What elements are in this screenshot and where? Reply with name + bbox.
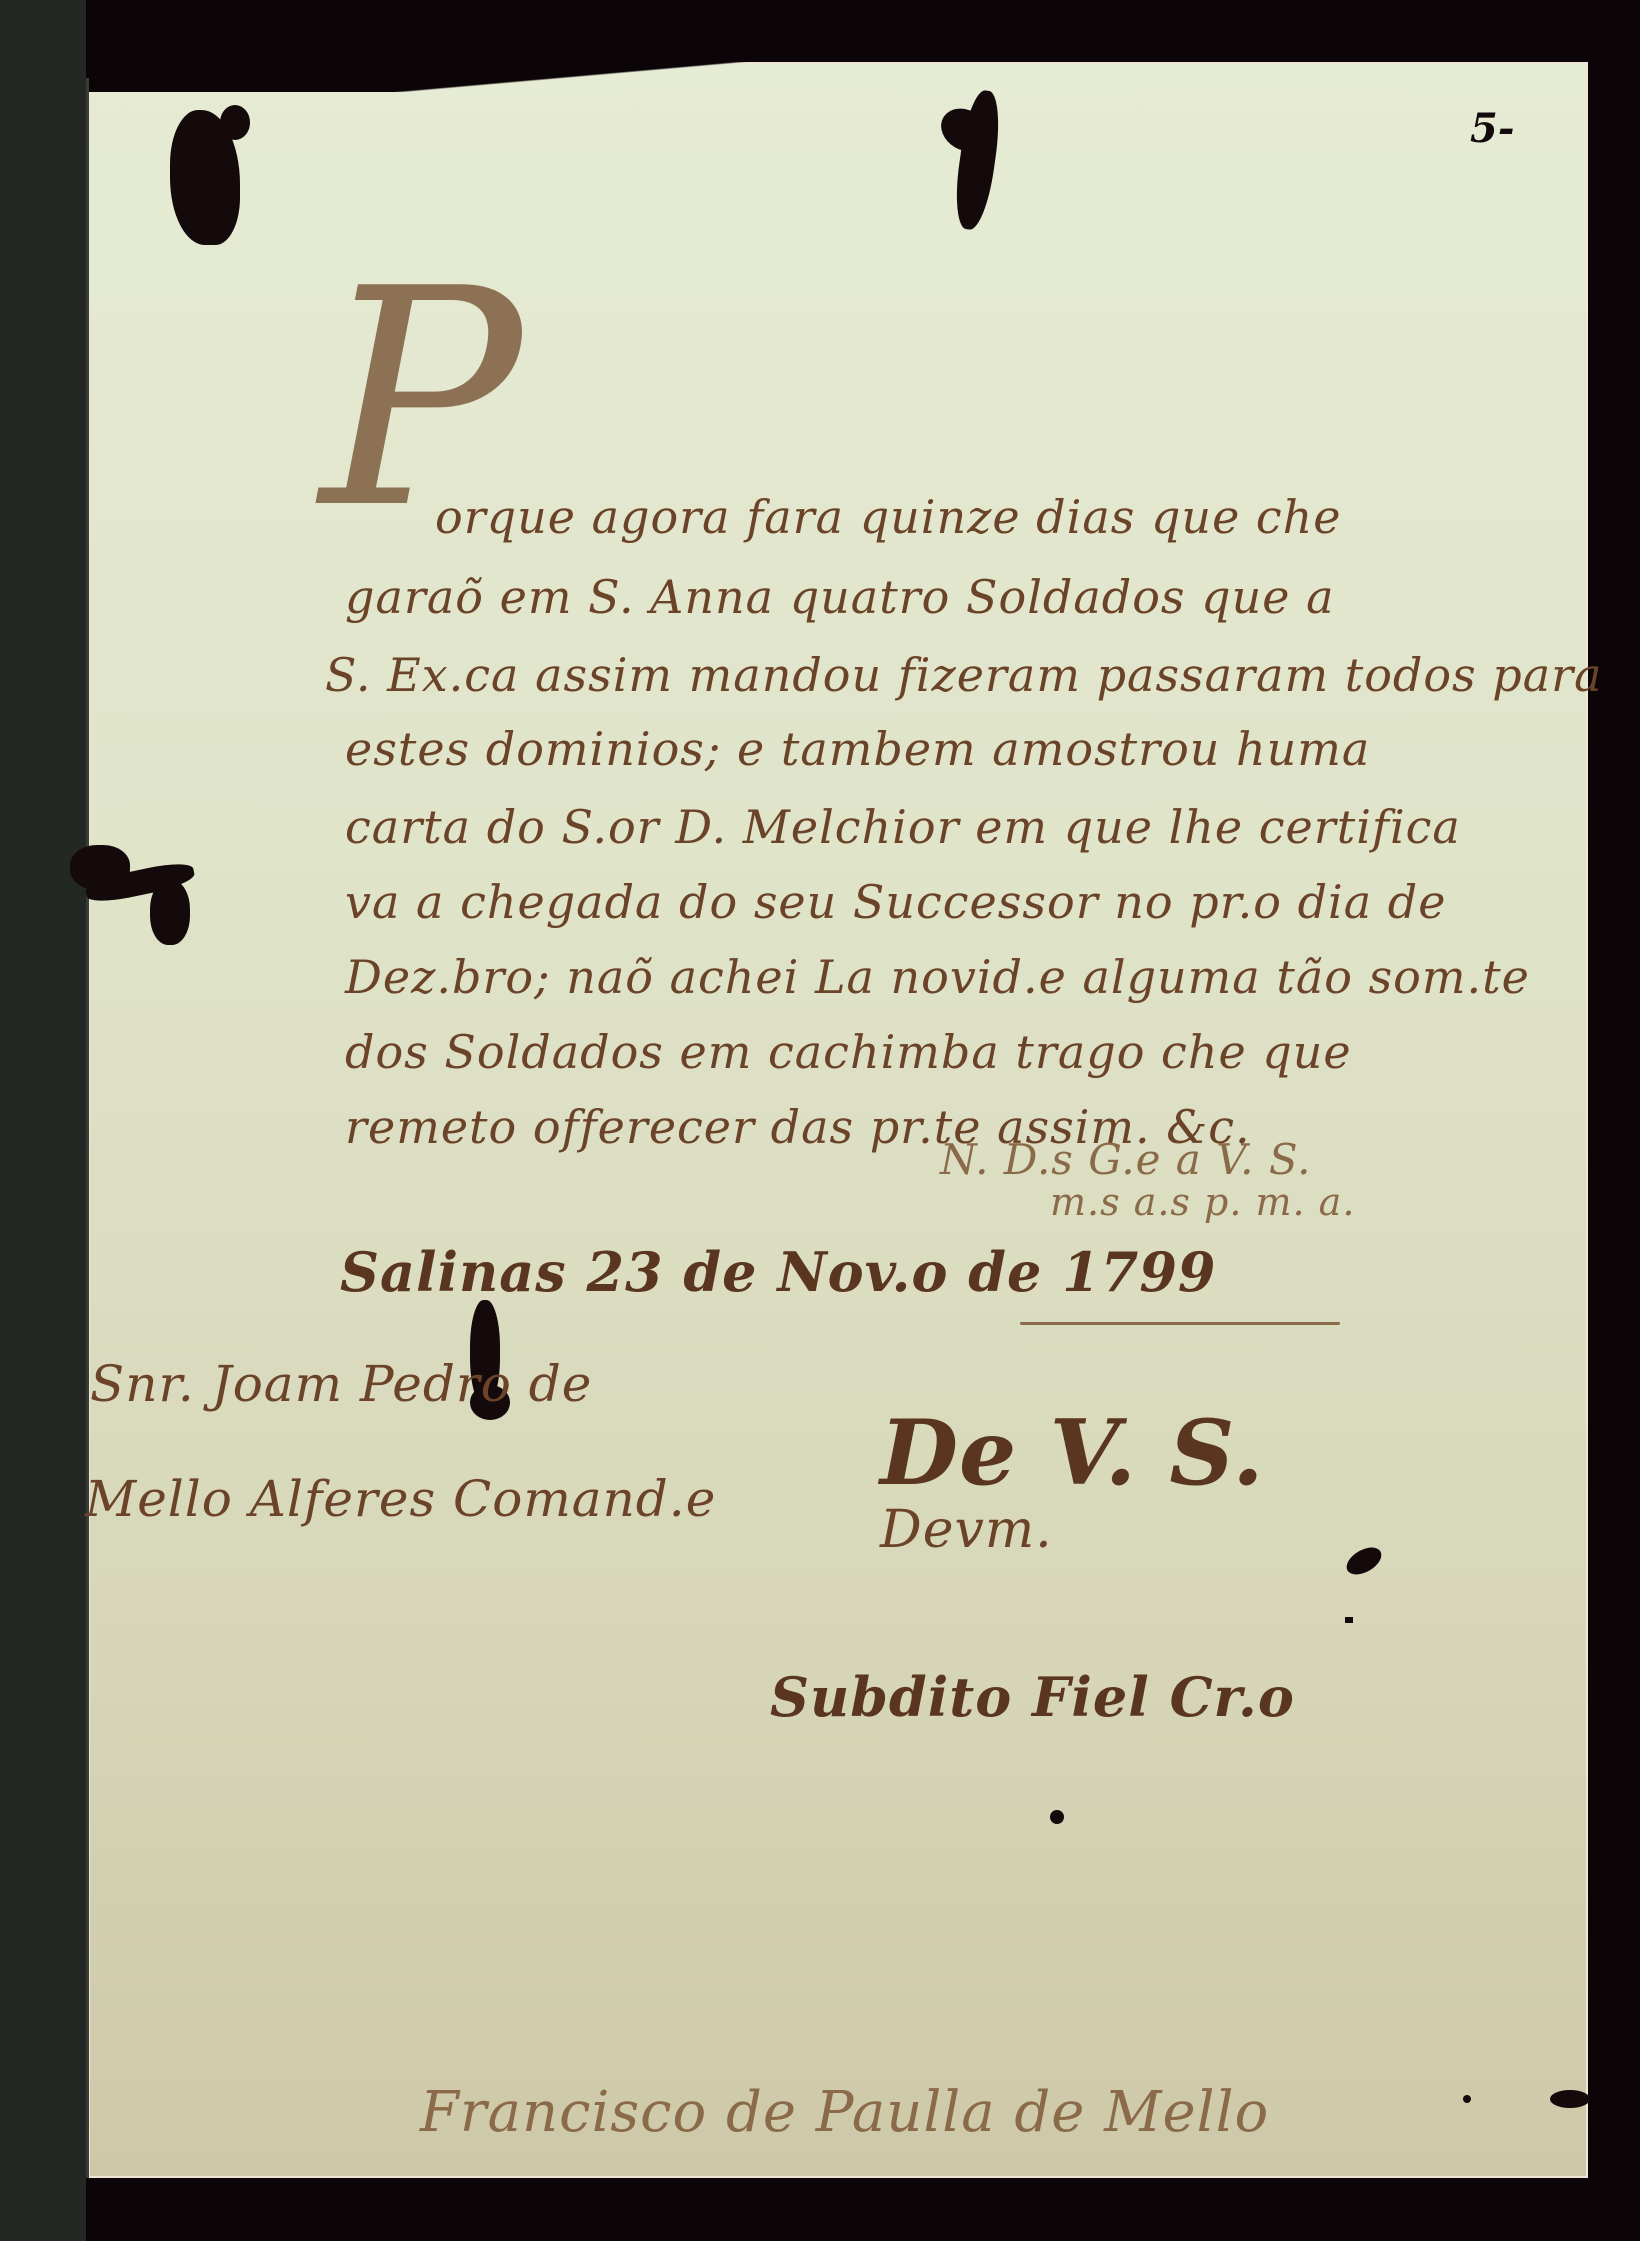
body-line-2: garaõ em S. Anna quatro Soldados que a: [345, 570, 1335, 624]
book-binding: [0, 0, 86, 2241]
ink-spot-small-2: [1463, 2095, 1471, 2103]
body-line-6: va a chegada do seu Successor no pr.o di…: [345, 875, 1446, 929]
closing-word: Devm.: [880, 1500, 1053, 1560]
ink-spot-heart: [1050, 1810, 1064, 1824]
body-line-5: carta do S.or D. Melchior em que lhe cer…: [345, 800, 1461, 854]
ink-blot-top-left-ear: [220, 105, 250, 140]
addressee-line-1: Snr. Joam Pedro de: [90, 1355, 592, 1413]
salutation-line-2: m.s a.s p. m. a.: [1050, 1180, 1355, 1224]
body-line-8: dos Soldados em cachimba trago che que: [345, 1025, 1352, 1079]
salutation-line-1: N. D.s G.e a V. S.: [940, 1135, 1312, 1184]
body-line-4: estes dominios; e tambem amostrou huma: [345, 722, 1370, 776]
addressee-line-2: Mello Alferes Comand.e: [85, 1470, 716, 1528]
closing-flourish: De V. S.: [880, 1400, 1265, 1506]
dateline: Salinas 23 de Nov.o de 1799: [340, 1240, 1216, 1304]
page-gutter: [86, 78, 89, 2178]
body-line-7: Dez.bro; naõ achei La novid.e alguma tão…: [345, 950, 1530, 1004]
dateline-underline: [1020, 1322, 1340, 1325]
ink-spot-small: [1345, 1617, 1353, 1623]
signature: Francisco de Paulla de Mello: [420, 2080, 1269, 2145]
ink-blot-left-margin-drip: [150, 880, 190, 945]
body-line-3: S. Ex.ca assim mandou fizeram passaram t…: [325, 648, 1603, 702]
ink-spot-right-edge: [1550, 2090, 1590, 2108]
closing-phrase: Subdito Fiel Cr.o: [770, 1665, 1295, 1729]
body-line-1: orque agora fara quinze dias que che: [435, 490, 1342, 544]
folio-number: 5-: [1470, 105, 1514, 152]
